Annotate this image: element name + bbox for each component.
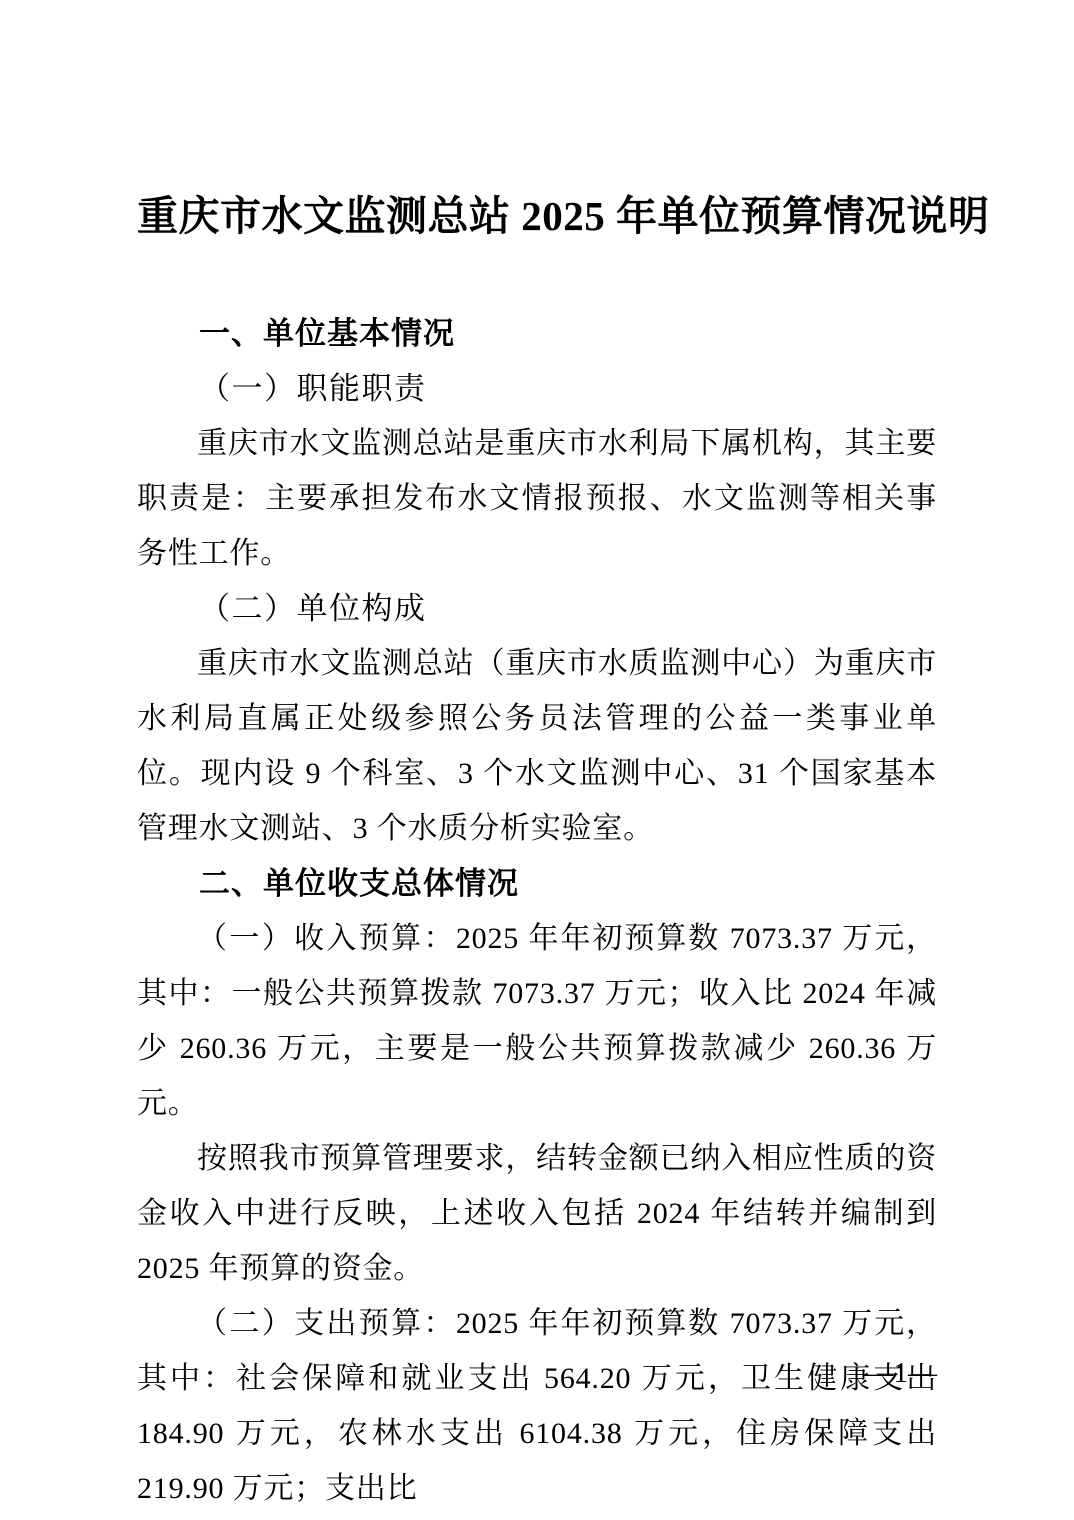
paragraph-text: 重庆市水文监测总站是重庆市水利局下属机构，其主要职责是：主要承担发布水文情报预报… <box>137 427 937 570</box>
page-number: —1— <box>865 1358 938 1388</box>
section-heading-unit-basic-info: 一、单位基本情况 <box>137 306 937 361</box>
paragraph-lead: （二）支出预算： <box>197 1307 456 1340</box>
paragraph-composition: 重庆市水文监测总站（重庆市水质监测中心）为重庆市水利局直属正处级参照公务员法管理… <box>137 636 937 856</box>
document-title: 重庆市水文监测总站 2025 年单位预算情况说明 <box>137 188 937 244</box>
document-page: 重庆市水文监测总站 2025 年单位预算情况说明 一、单位基本情况 （一）职能职… <box>0 0 1074 1520</box>
paragraph-text: 重庆市水文监测总站（重庆市水质监测中心）为重庆市水利局直属正处级参照公务员法管理… <box>137 647 937 845</box>
paragraph-carryover-note: 按照我市预算管理要求，结转金额已纳入相应性质的资金收入中进行反映，上述收入包括 … <box>137 1131 937 1296</box>
section-heading-budget-overview: 二、单位收支总体情况 <box>137 856 937 911</box>
paragraph-income-budget: （一）收入预算：2025 年年初预算数 7073.37 万元，其中：一般公共预算… <box>137 911 937 1131</box>
document-content: 重庆市水文监测总站 2025 年单位预算情况说明 一、单位基本情况 （一）职能职… <box>137 188 937 1516</box>
subsection-heading-composition: （二）单位构成 <box>137 581 937 636</box>
paragraph-expenditure-budget: （二）支出预算：2025 年年初预算数 7073.37 万元，其中：社会保障和就… <box>137 1296 937 1516</box>
paragraph-lead: （一）收入预算： <box>197 922 456 955</box>
paragraph-text: 按照我市预算管理要求，结转金额已纳入相应性质的资金收入中进行反映，上述收入包括 … <box>137 1142 937 1285</box>
paragraph-duties: 重庆市水文监测总站是重庆市水利局下属机构，其主要职责是：主要承担发布水文情报预报… <box>137 416 937 581</box>
subsection-heading-duties: （一）职能职责 <box>137 361 937 416</box>
